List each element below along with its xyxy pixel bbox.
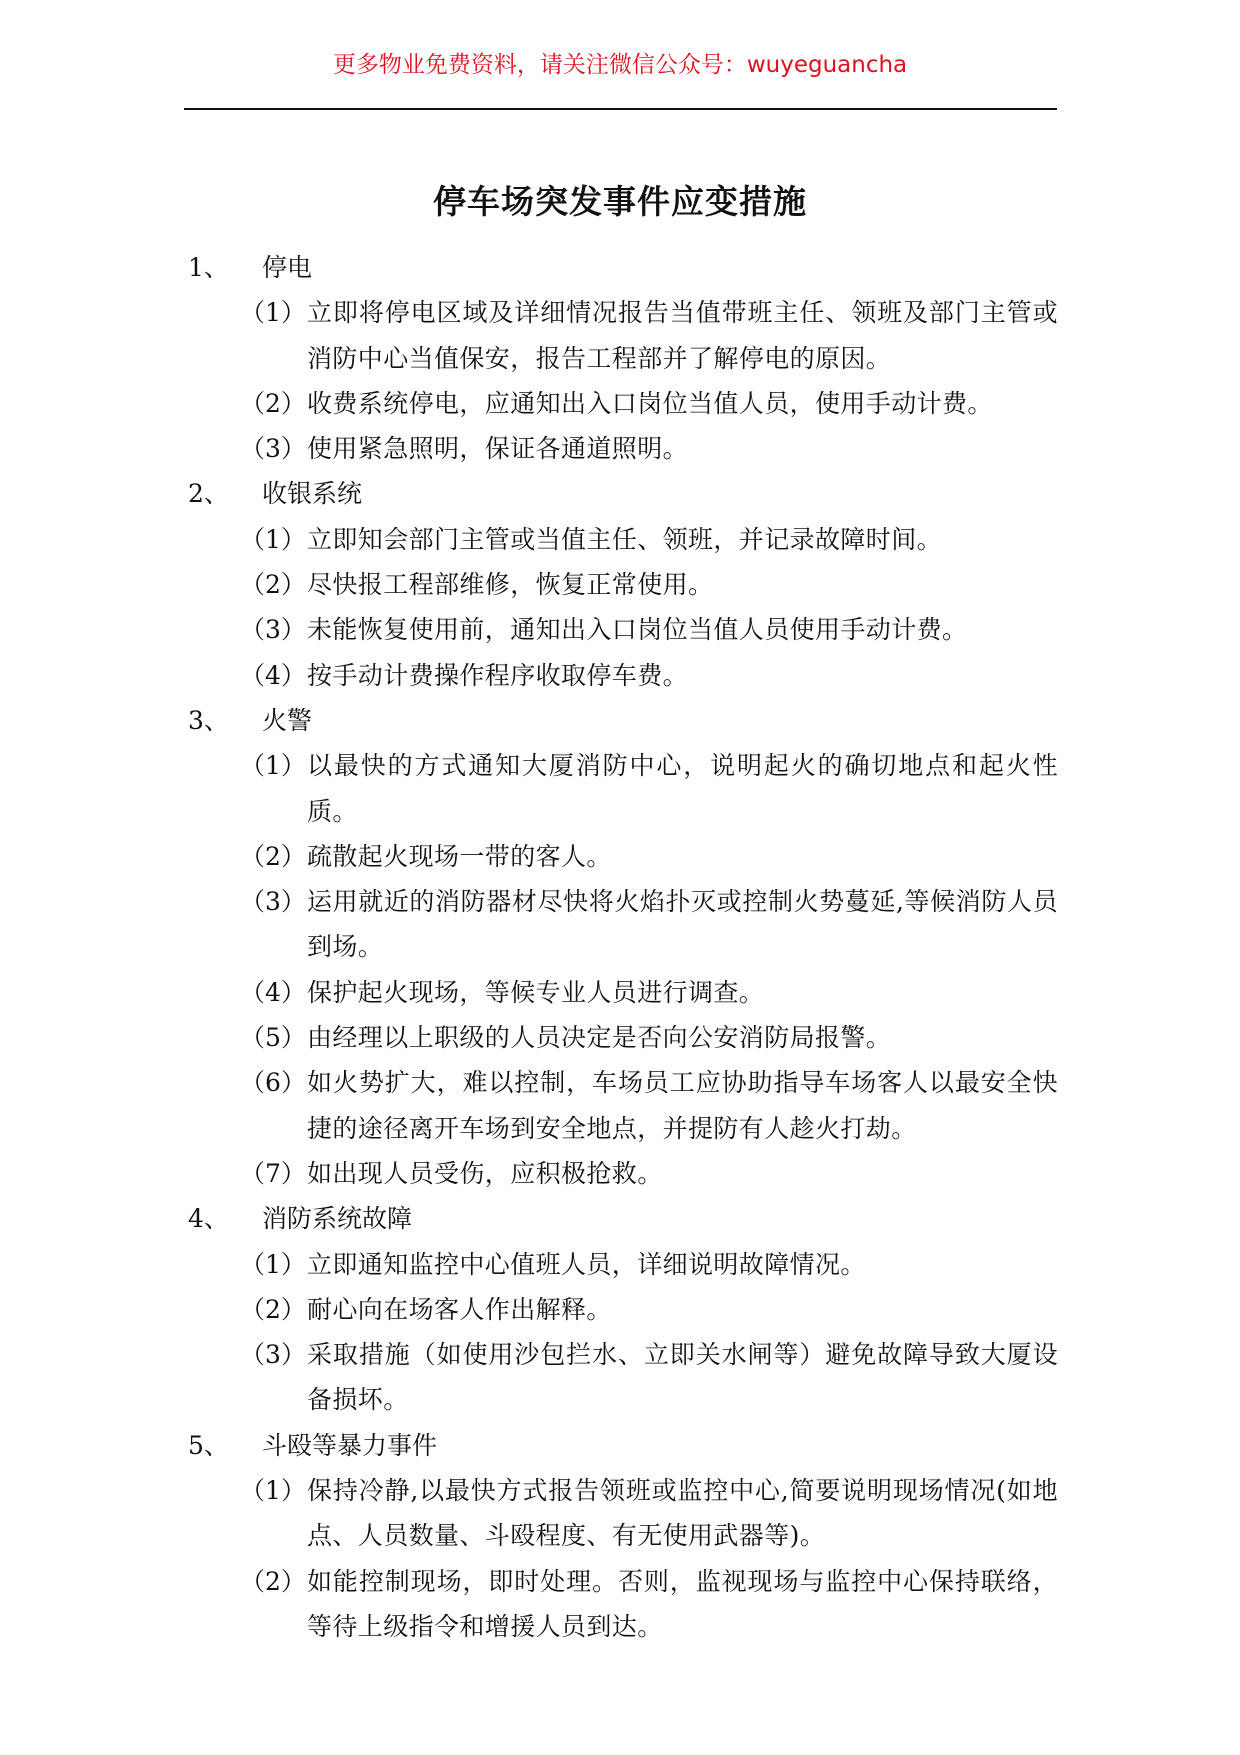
- item-number: （5）: [240, 1015, 307, 1060]
- list-item: （4） 保护起火现场，等候专业人员进行调查。: [188, 970, 1058, 1015]
- section-heading: 4、 消防系统故障: [188, 1196, 1058, 1241]
- item-text: 如火势扩大，难以控制，车场员工应协助指导车场客人以最安全快捷的途径离开车场到安全…: [307, 1060, 1058, 1151]
- section-number: 3、: [188, 698, 262, 743]
- header-watermark: 更多物业免费资料，请关注微信公众号：wuyeguancha: [0, 46, 1240, 79]
- list-item: （2） 尽快报工程部维修，恢复正常使用。: [188, 562, 1058, 607]
- list-item: （6） 如火势扩大，难以控制，车场员工应协助指导车场客人以最安全快捷的途径离开车…: [188, 1060, 1058, 1151]
- list-item: （3） 使用紧急照明，保证各通道照明。: [188, 426, 1058, 471]
- list-item: （7） 如出现人员受伤，应积极抢救。: [188, 1151, 1058, 1196]
- header-divider: [184, 108, 1057, 110]
- section-label: 斗殴等暴力事件: [262, 1423, 437, 1468]
- item-text: 以最快的方式通知大厦消防中心，说明起火的确切地点和起火性质。: [307, 743, 1058, 834]
- list-item: （1） 立即将停电区域及详细情况报告当值带班主任、领班及部门主管或消防中心当值保…: [188, 290, 1058, 381]
- list-item: （5） 由经理以上职级的人员决定是否向公安消防局报警。: [188, 1015, 1058, 1060]
- item-number: （2）: [240, 1287, 307, 1332]
- item-text: 立即知会部门主管或当值主任、领班，并记录故障时间。: [307, 517, 1058, 562]
- list-item: （3） 运用就近的消防器材尽快将火焰扑灭或控制火势蔓延,等候消防人员到场。: [188, 879, 1058, 970]
- item-number: （1）: [240, 743, 307, 834]
- item-text: 疏散起火现场一带的客人。: [307, 834, 1058, 879]
- document-title: 停车场突发事件应变措施: [0, 176, 1240, 223]
- section-label: 火警: [262, 698, 312, 743]
- item-text: 如出现人员受伤，应积极抢救。: [307, 1151, 1058, 1196]
- item-number: （3）: [240, 879, 307, 970]
- section-number: 5、: [188, 1423, 262, 1468]
- item-text: 采取措施（如使用沙包拦水、立即关水闸等）避免故障导致大厦设备损坏。: [307, 1332, 1058, 1423]
- item-text: 耐心向在场客人作出解释。: [307, 1287, 1058, 1332]
- item-number: （2）: [240, 381, 307, 426]
- item-text: 尽快报工程部维修，恢复正常使用。: [307, 562, 1058, 607]
- section-label: 消防系统故障: [262, 1196, 412, 1241]
- section-label: 收银系统: [262, 471, 362, 516]
- item-text: 保持冷静,以最快方式报告领班或监控中心,简要说明现场情况(如地点、人员数量、斗殴…: [307, 1468, 1058, 1559]
- section-number: 4、: [188, 1196, 262, 1241]
- list-item: （1） 立即通知监控中心值班人员，详细说明故障情况。: [188, 1242, 1058, 1287]
- document-body: 1、 停电 （1） 立即将停电区域及详细情况报告当值带班主任、领班及部门主管或消…: [188, 245, 1058, 1649]
- item-number: （1）: [240, 290, 307, 381]
- section-cashier-system: 2、 收银系统 （1） 立即知会部门主管或当值主任、领班，并记录故障时间。 （2…: [188, 471, 1058, 697]
- section-fire-alarm: 3、 火警 （1） 以最快的方式通知大厦消防中心，说明起火的确切地点和起火性质。…: [188, 698, 1058, 1196]
- section-fire-system-failure: 4、 消防系统故障 （1） 立即通知监控中心值班人员，详细说明故障情况。 （2）…: [188, 1196, 1058, 1422]
- item-number: （2）: [240, 562, 307, 607]
- item-text: 未能恢复使用前，通知出入口岗位当值人员使用手动计费。: [307, 607, 1058, 652]
- item-text: 收费系统停电，应通知出入口岗位当值人员，使用手动计费。: [307, 381, 1058, 426]
- list-item: （2） 收费系统停电，应通知出入口岗位当值人员，使用手动计费。: [188, 381, 1058, 426]
- item-text: 如能控制现场，即时处理。否则，监视现场与监控中心保持联络，等待上级指令和增援人员…: [307, 1559, 1058, 1650]
- list-item: （2） 疏散起火现场一带的客人。: [188, 834, 1058, 879]
- item-number: （2）: [240, 834, 307, 879]
- section-heading: 5、 斗殴等暴力事件: [188, 1423, 1058, 1468]
- section-heading: 3、 火警: [188, 698, 1058, 743]
- item-text: 保护起火现场，等候专业人员进行调查。: [307, 970, 1058, 1015]
- section-number: 1、: [188, 245, 262, 290]
- item-text: 使用紧急照明，保证各通道照明。: [307, 426, 1058, 471]
- item-number: （1）: [240, 517, 307, 562]
- section-heading: 2、 收银系统: [188, 471, 1058, 516]
- item-text: 按手动计费操作程序收取停车费。: [307, 653, 1058, 698]
- section-number: 2、: [188, 471, 262, 516]
- list-item: （2） 如能控制现场，即时处理。否则，监视现场与监控中心保持联络，等待上级指令和…: [188, 1559, 1058, 1650]
- item-number: （3）: [240, 426, 307, 471]
- list-item: （1） 以最快的方式通知大厦消防中心，说明起火的确切地点和起火性质。: [188, 743, 1058, 834]
- item-number: （3）: [240, 607, 307, 652]
- item-text: 立即通知监控中心值班人员，详细说明故障情况。: [307, 1242, 1058, 1287]
- item-number: （2）: [240, 1559, 307, 1650]
- item-number: （6）: [240, 1060, 307, 1151]
- section-heading: 1、 停电: [188, 245, 1058, 290]
- item-number: （7）: [240, 1151, 307, 1196]
- item-number: （3）: [240, 1332, 307, 1423]
- list-item: （1） 保持冷静,以最快方式报告领班或监控中心,简要说明现场情况(如地点、人员数…: [188, 1468, 1058, 1559]
- section-power-outage: 1、 停电 （1） 立即将停电区域及详细情况报告当值带班主任、领班及部门主管或消…: [188, 245, 1058, 471]
- item-number: （4）: [240, 970, 307, 1015]
- list-item: （1） 立即知会部门主管或当值主任、领班，并记录故障时间。: [188, 517, 1058, 562]
- item-number: （1）: [240, 1468, 307, 1559]
- section-violent-incident: 5、 斗殴等暴力事件 （1） 保持冷静,以最快方式报告领班或监控中心,简要说明现…: [188, 1423, 1058, 1649]
- list-item: （2） 耐心向在场客人作出解释。: [188, 1287, 1058, 1332]
- item-text: 运用就近的消防器材尽快将火焰扑灭或控制火势蔓延,等候消防人员到场。: [307, 879, 1058, 970]
- list-item: （3） 采取措施（如使用沙包拦水、立即关水闸等）避免故障导致大厦设备损坏。: [188, 1332, 1058, 1423]
- item-text: 由经理以上职级的人员决定是否向公安消防局报警。: [307, 1015, 1058, 1060]
- item-text: 立即将停电区域及详细情况报告当值带班主任、领班及部门主管或消防中心当值保安，报告…: [307, 290, 1058, 381]
- list-item: （3） 未能恢复使用前，通知出入口岗位当值人员使用手动计费。: [188, 607, 1058, 652]
- section-label: 停电: [262, 245, 312, 290]
- item-number: （1）: [240, 1242, 307, 1287]
- item-number: （4）: [240, 653, 307, 698]
- list-item: （4） 按手动计费操作程序收取停车费。: [188, 653, 1058, 698]
